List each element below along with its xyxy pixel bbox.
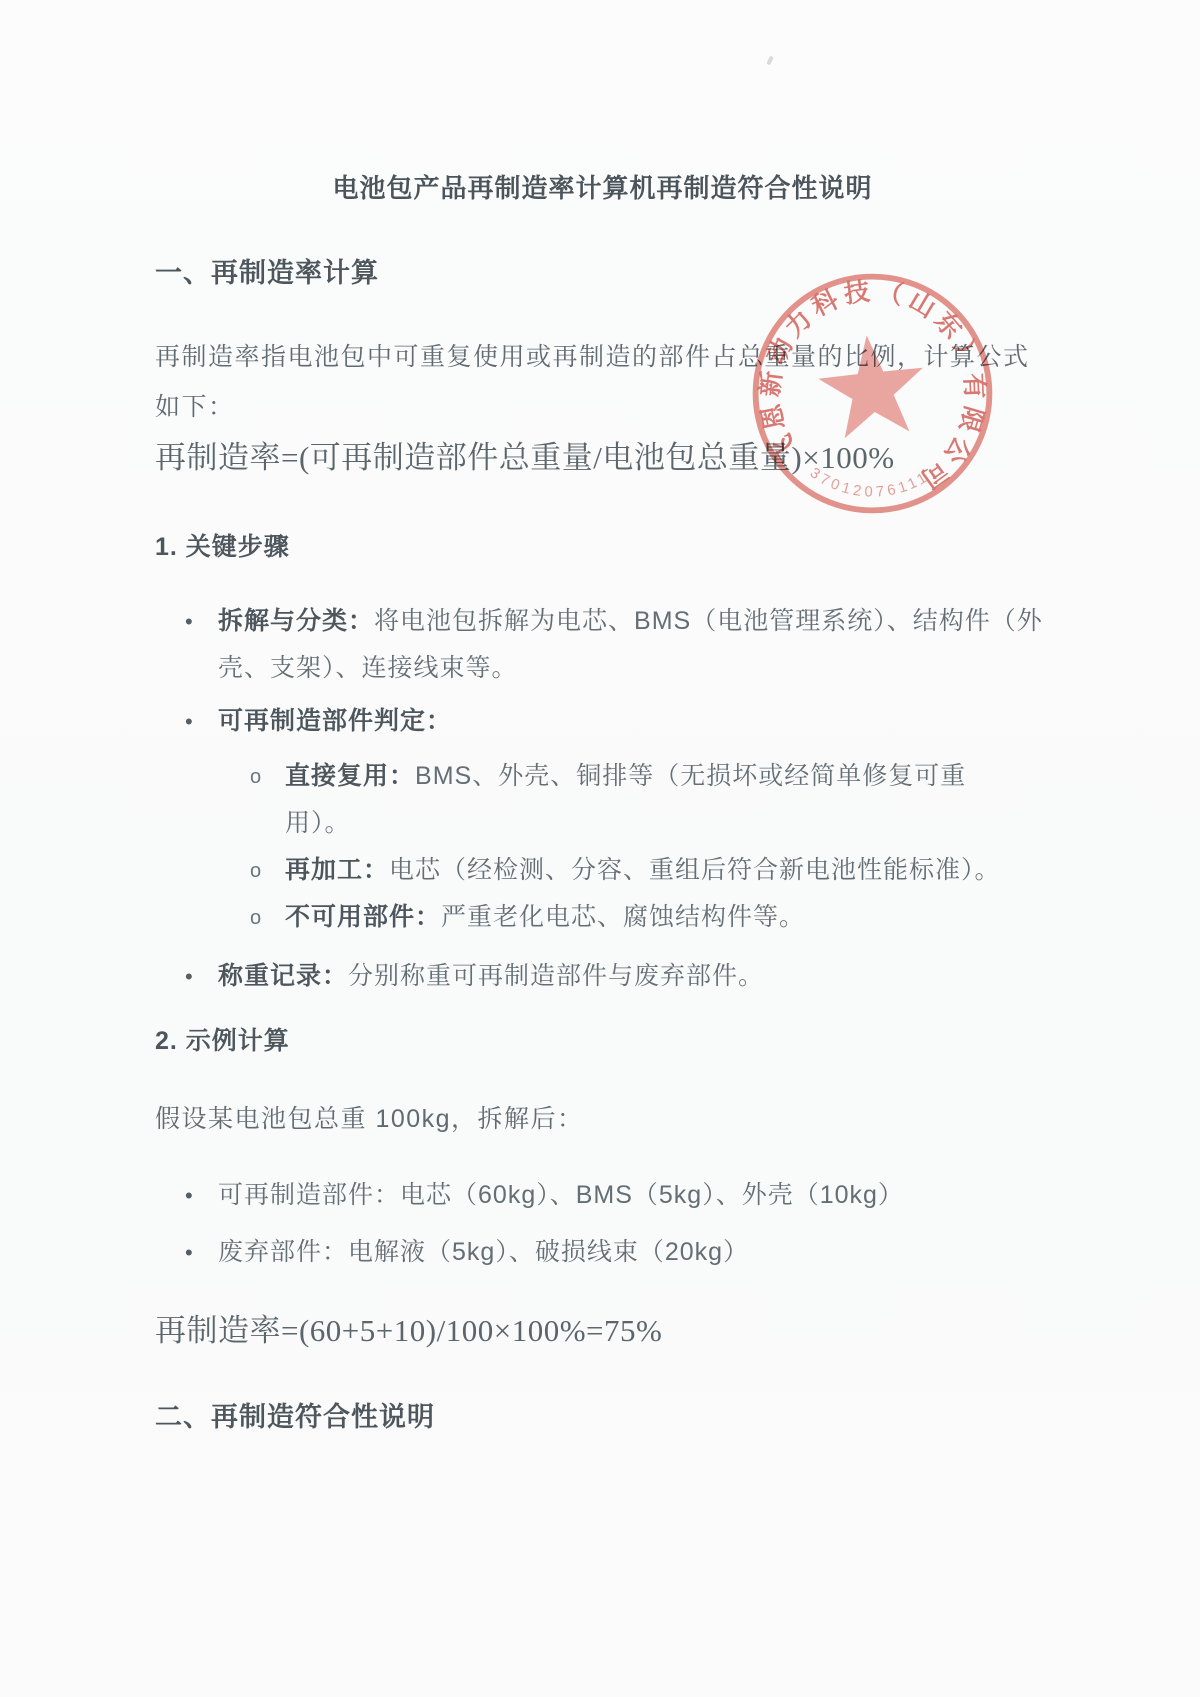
item-label: 再加工：	[285, 856, 389, 884]
circle-bullet-icon: o	[250, 895, 262, 942]
bullet-icon: •	[185, 953, 194, 1000]
sub-item-unusable: o 不可用部件：严重老化电芯、腐蚀结构件等。	[155, 894, 1025, 941]
intro-paragraph: 再制造率指电池包中可重复使用或再制造的部件占总重量的比例，计算公式如下：	[155, 332, 1050, 432]
sub-item-reprocess: o 再加工：电芯（经检测、分容、重组后符合新电池性能标准）。	[155, 847, 1025, 894]
sub-item-direct-reuse: o 直接复用：BMS、外壳、铜排等（无损坏或经简单修复可重用）。	[155, 753, 1025, 847]
item-label: 不可用部件：	[285, 903, 441, 931]
item-label: 可再制造部件：	[218, 1181, 400, 1209]
item-label: 直接复用：	[285, 762, 415, 790]
list-item-judgement: • 可再制造部件判定：	[155, 698, 1050, 745]
document-content: 电池包产品再制造率计算机再制造符合性说明 一、再制造率计算 再制造率指电池包中可…	[0, 0, 1200, 1436]
item-label: 废弃部件：	[218, 1238, 348, 1266]
item-text: 电解液（5kg）、破损线束（20kg）	[348, 1238, 749, 1266]
remanufacture-rate-formula: 再制造率=(可再制造部件总重量/电池包总重量)×100%	[155, 436, 1050, 480]
list-item-reusable-parts: • 可再制造部件：电芯（60kg）、BMS（5kg）、外壳（10kg）	[155, 1172, 1050, 1219]
example-intro: 假设某电池包总重 100kg，拆解后：	[155, 1094, 1050, 1144]
example-list: • 可再制造部件：电芯（60kg）、BMS（5kg）、外壳（10kg） • 废弃…	[155, 1172, 1050, 1276]
item-text: 分别称重可再制造部件与废弃部件。	[348, 962, 764, 990]
circle-bullet-icon: o	[250, 848, 262, 895]
bullet-icon: •	[185, 1172, 194, 1219]
section-two-heading: 二、再制造符合性说明	[155, 1398, 1050, 1436]
bullet-icon: •	[185, 1229, 194, 1276]
page-title: 电池包产品再制造率计算机再制造符合性说明	[155, 170, 1050, 206]
circle-bullet-icon: o	[250, 754, 262, 801]
list-item-disassembly: • 拆解与分类：将电池包拆解为电芯、BMS（电池管理系统）、结构件（外壳、支架）…	[155, 598, 1050, 692]
bullet-icon: •	[185, 598, 194, 645]
item-text: 电芯（经检测、分容、重组后符合新电池性能标准）。	[389, 856, 1001, 884]
list-item-weighing: • 称重记录：分别称重可再制造部件与废弃部件。	[155, 953, 1050, 1000]
bullet-icon: •	[185, 698, 194, 745]
item-text: 电芯（60kg）、BMS（5kg）、外壳（10kg）	[400, 1181, 904, 1209]
example-heading: 2. 示例计算	[155, 1024, 1050, 1058]
item-label: 拆解与分类：	[218, 607, 374, 635]
key-steps-list: • 拆解与分类：将电池包拆解为电芯、BMS（电池管理系统）、结构件（外壳、支架）…	[155, 598, 1050, 1000]
judgement-sublist: o 直接复用：BMS、外壳、铜排等（无损坏或经简单修复可重用）。 o 再加工：电…	[155, 753, 1050, 941]
item-text: 严重老化电芯、腐蚀结构件等。	[441, 903, 805, 931]
key-steps-heading: 1. 关键步骤	[155, 530, 1050, 564]
list-item-waste-parts: • 废弃部件：电解液（5kg）、破损线束（20kg）	[155, 1229, 1050, 1276]
scanned-document-page: 电池包产品再制造率计算机再制造符合性说明 一、再制造率计算 再制造率指电池包中可…	[0, 0, 1200, 1697]
item-label: 可再制造部件判定：	[218, 707, 452, 735]
item-label: 称重记录：	[218, 962, 348, 990]
result-formula: 再制造率=(60+5+10)/100×100%=75%	[155, 1308, 1050, 1354]
section-one-heading: 一、再制造率计算	[155, 254, 1050, 292]
